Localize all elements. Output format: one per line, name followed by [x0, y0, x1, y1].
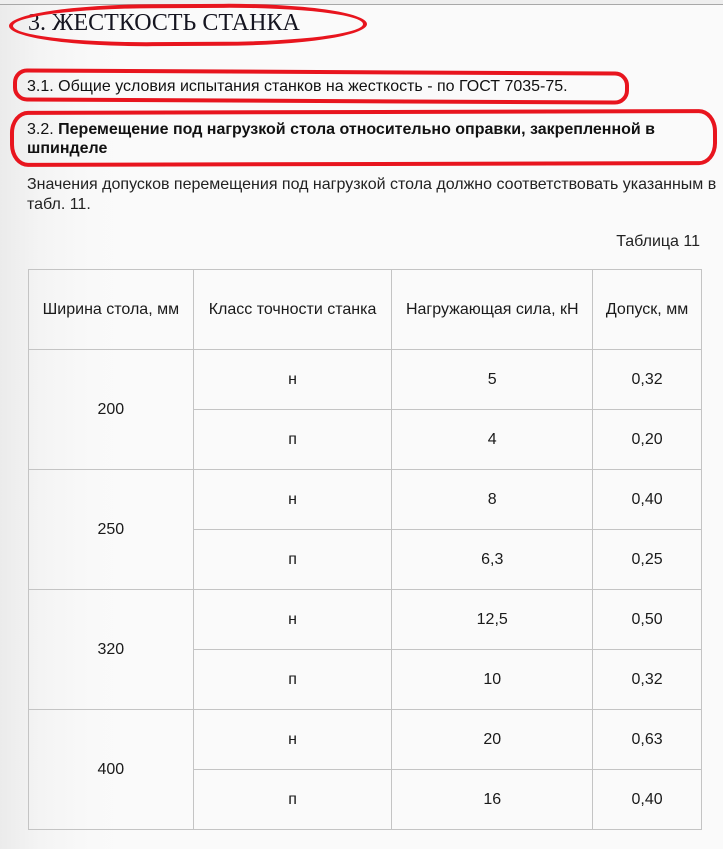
- cell-accuracy-class: н: [193, 590, 392, 650]
- cell-accuracy-class: п: [193, 650, 392, 710]
- page-title: 3. ЖЕСТКОСТЬ СТАНКА: [28, 10, 300, 37]
- cell-tolerance: 0,32: [593, 650, 702, 710]
- clause-3-2: 3.2. Перемещение под нагрузкой стола отн…: [27, 120, 717, 158]
- cell-table-width: 200: [29, 350, 194, 470]
- tolerance-table: Ширина стола, мм Класс точности станка Н…: [28, 269, 702, 830]
- cell-accuracy-class: н: [193, 350, 392, 410]
- cell-load-force: 10: [392, 650, 593, 710]
- table-row: 200 н 5 0,32: [29, 350, 702, 410]
- clause-3-2-title: Перемещение под нагрузкой стола относите…: [27, 121, 655, 157]
- top-border: [0, 0, 723, 5]
- intro-paragraph: Значения допусков перемещения под нагруз…: [27, 175, 717, 215]
- cell-table-width: 250: [29, 470, 194, 590]
- table-header-row: Ширина стола, мм Класс точности станка Н…: [29, 270, 702, 350]
- header-tolerance: Допуск, мм: [593, 270, 702, 350]
- clause-3-1: 3.1. Общие условия испытания станков на …: [27, 78, 568, 96]
- header-table-width: Ширина стола, мм: [29, 270, 194, 350]
- cell-load-force: 8: [392, 470, 593, 530]
- cell-load-force: 20: [392, 710, 593, 770]
- cell-table-width: 320: [29, 590, 194, 710]
- cell-tolerance: 0,63: [593, 710, 702, 770]
- table-row: 250 н 8 0,40: [29, 470, 702, 530]
- cell-load-force: 12,5: [392, 590, 593, 650]
- cell-tolerance: 0,32: [593, 350, 702, 410]
- cell-tolerance: 0,25: [593, 530, 702, 590]
- table-row: 320 н 12,5 0,50: [29, 590, 702, 650]
- cell-accuracy-class: н: [193, 710, 392, 770]
- header-load-force: Нагружающая сила, кН: [392, 270, 593, 350]
- cell-load-force: 4: [392, 410, 593, 470]
- cell-load-force: 16: [392, 770, 593, 830]
- cell-accuracy-class: п: [193, 410, 392, 470]
- cell-accuracy-class: п: [193, 530, 392, 590]
- cell-load-force: 5: [392, 350, 593, 410]
- cell-tolerance: 0,40: [593, 470, 702, 530]
- cell-tolerance: 0,50: [593, 590, 702, 650]
- header-accuracy-class: Класс точности станка: [193, 270, 392, 350]
- cell-tolerance: 0,40: [593, 770, 702, 830]
- cell-accuracy-class: п: [193, 770, 392, 830]
- table-caption: Таблица 11: [616, 233, 700, 251]
- cell-table-width: 400: [29, 710, 194, 830]
- table-row: 400 н 20 0,63: [29, 710, 702, 770]
- cell-load-force: 6,3: [392, 530, 593, 590]
- cell-accuracy-class: н: [193, 470, 392, 530]
- clause-3-2-number: 3.2.: [27, 121, 58, 138]
- cell-tolerance: 0,20: [593, 410, 702, 470]
